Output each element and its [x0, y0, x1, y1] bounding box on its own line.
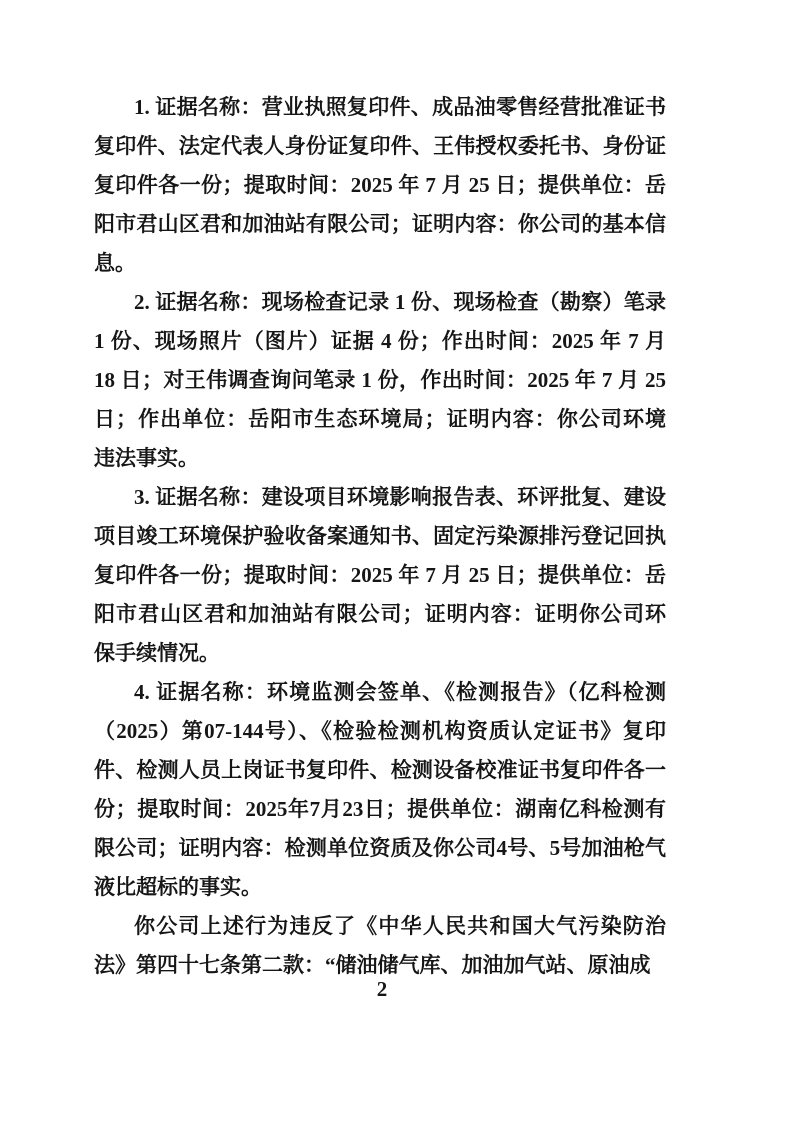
document-page: 1. 证据名称：营业执照复印件、成品油零售经营批准证书复印件、法定代表人身份证复… [0, 0, 793, 1122]
text-line: 18 日；对王伟调查询问笔录 1 份，作出时间：2025 年 7 月 25 [94, 361, 666, 400]
text-line: 1. 证据名称：营业执照复印件、成品油零售经营批准证书 [94, 88, 666, 127]
page-number: 2 [377, 977, 388, 1001]
text-line: 息。 [94, 244, 666, 283]
text-line: 件、检测人员上岗证书复印件、检测设备校准证书复印件各一 [94, 751, 666, 790]
text-line: 保手续情况。 [94, 634, 666, 673]
text-line: （2025）第07-144号）、《检验检测机构资质认定证书》复印 [94, 712, 666, 751]
text-line: 液比超标的事实。 [94, 868, 666, 907]
text-line: 复印件各一份；提取时间：2025 年 7 月 25 日；提供单位：岳 [94, 166, 666, 205]
text-line: 阳市君山区君和加油站有限公司；证明内容：你公司的基本信 [94, 205, 666, 244]
text-line: 你公司上述行为违反了《中华人民共和国大气污染防治 [94, 907, 666, 946]
text-line: 复印件、法定代表人身份证复印件、王伟授权委托书、身份证 [94, 127, 666, 166]
document-body: 1. 证据名称：营业执照复印件、成品油零售经营批准证书复印件、法定代表人身份证复… [94, 88, 666, 985]
text-line: 4. 证据名称：环境监测会签单、《检测报告》（亿科检测 [94, 673, 666, 712]
paragraph-evidence-item-1: 1. 证据名称：营业执照复印件、成品油零售经营批准证书复印件、法定代表人身份证复… [94, 88, 666, 283]
text-line: 3. 证据名称：建设项目环境影响报告表、环评批复、建设 [94, 478, 666, 517]
text-line: 日；作出单位：岳阳市生态环境局；证明内容：你公司环境 [94, 400, 666, 439]
paragraph-evidence-item-2: 2. 证据名称：现场检查记录 1 份、现场检查（勘察）笔录1 份、现场照片（图片… [94, 283, 666, 478]
text-line: 违法事实。 [94, 439, 666, 478]
text-line: 限公司；证明内容：检测单位资质及你公司4号、5号加油枪气 [94, 829, 666, 868]
text-line: 项目竣工环境保护验收备案通知书、固定污染源排污登记回执 [94, 517, 666, 556]
text-line: 份；提取时间：2025年7月23日；提供单位：湖南亿科检测有 [94, 790, 666, 829]
text-line: 1 份、现场照片（图片）证据 4 份；作出时间：2025 年 7 月 [94, 322, 666, 361]
text-line: 阳市君山区君和加油站有限公司；证明内容：证明你公司环 [94, 595, 666, 634]
text-line: 2. 证据名称：现场检查记录 1 份、现场检查（勘察）笔录 [94, 283, 666, 322]
paragraph-violation-statement: 你公司上述行为违反了《中华人民共和国大气污染防治法》第四十七条第二款：“储油储气… [94, 907, 666, 985]
text-line: 复印件各一份；提取时间：2025 年 7 月 25 日；提供单位：岳 [94, 556, 666, 595]
paragraph-evidence-item-3: 3. 证据名称：建设项目环境影响报告表、环评批复、建设项目竣工环境保护验收备案通… [94, 478, 666, 673]
paragraph-evidence-item-4: 4. 证据名称：环境监测会签单、《检测报告》（亿科检测（2025）第07-144… [94, 673, 666, 907]
